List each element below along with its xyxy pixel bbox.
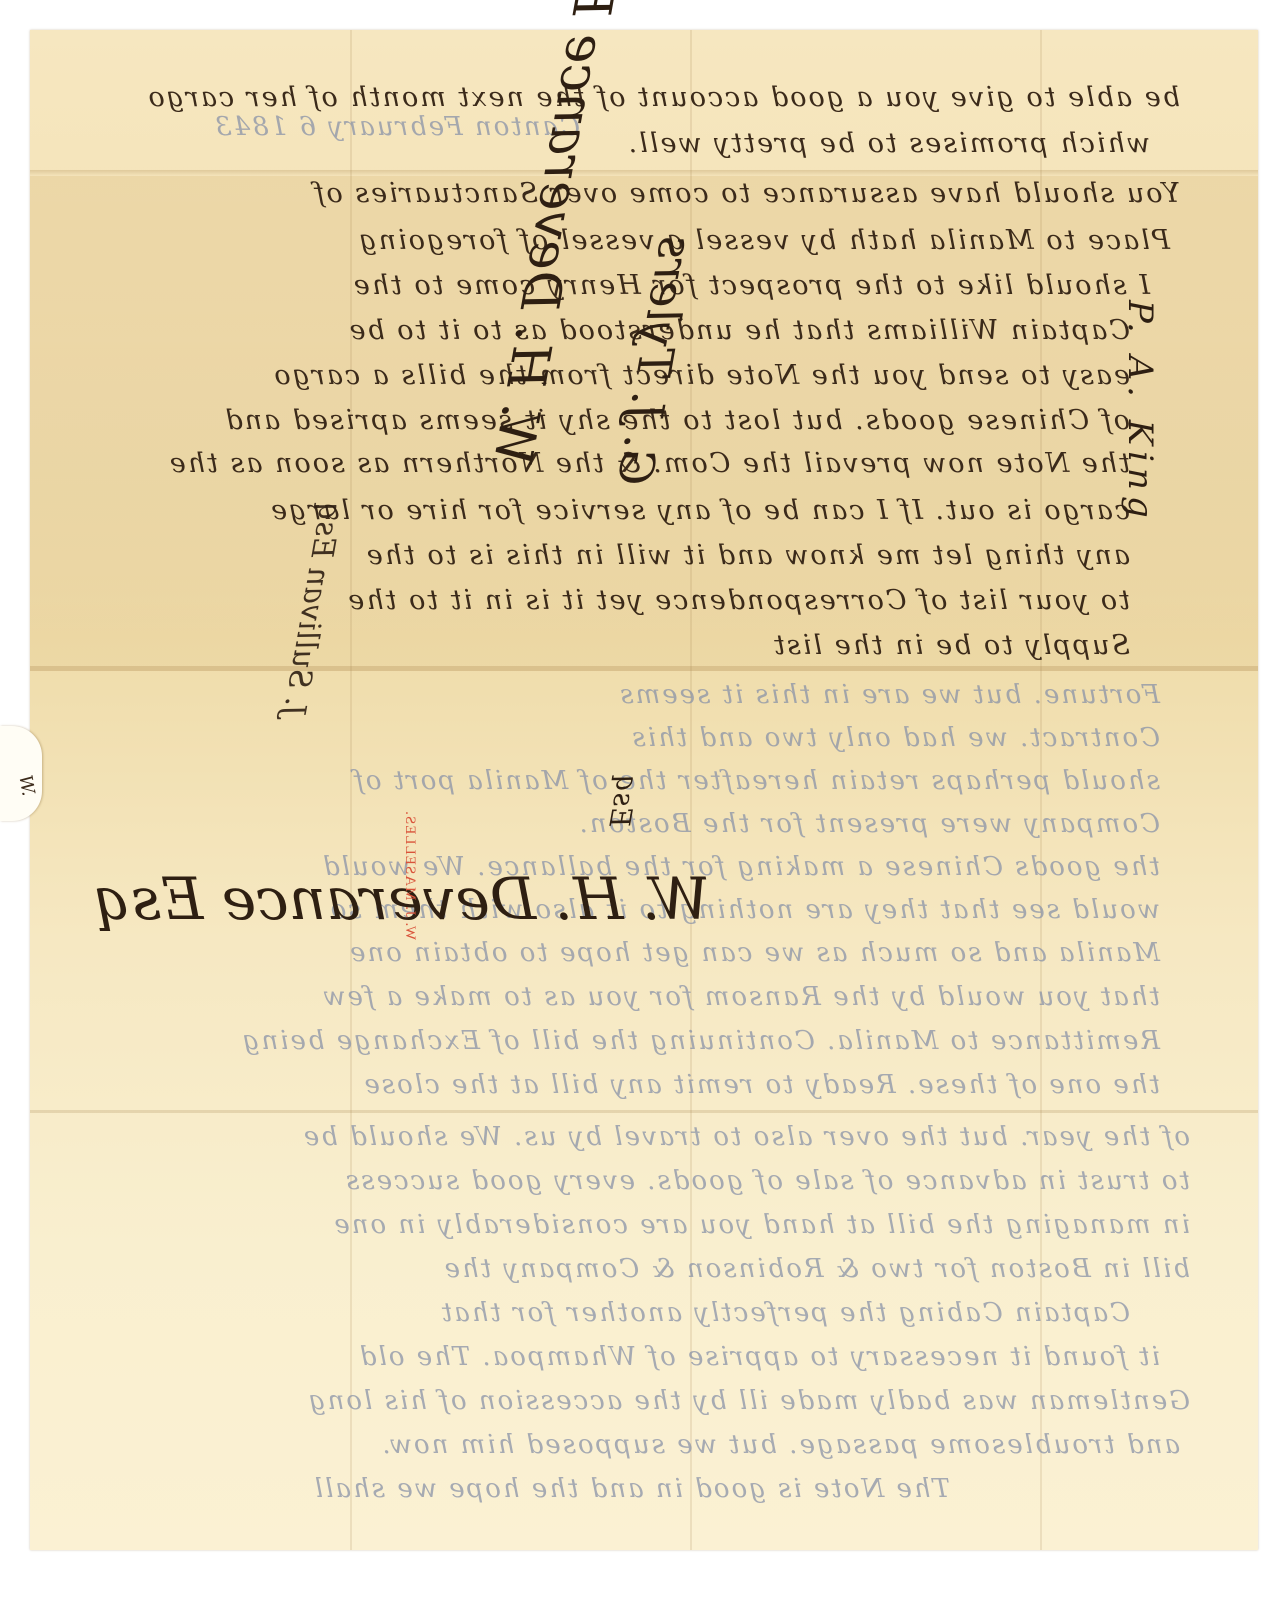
- side-note: P. A. King: [1120, 300, 1160, 524]
- fold-crease-middle: [30, 666, 1258, 671]
- address-line-3: J. Sullivan Esq: [276, 500, 348, 720]
- text-line: cargo is out. If I can be of any service…: [590, 495, 1130, 526]
- text-line: Place to Manila hath by vessel a vessel …: [90, 225, 1170, 256]
- fold-crease-lower: [30, 1110, 1258, 1113]
- text-line: of Chinese goods. but lost to the shy it…: [70, 405, 1130, 436]
- bleed-line: that you would by the Ransom for you as …: [490, 982, 1160, 1012]
- bleed-line: Captain Cabing the perfectly another for…: [150, 1298, 1130, 1328]
- text-line: be able to give you a good account of th…: [70, 82, 1180, 113]
- bleed-line: bill in Boston for two & Robinson & Comp…: [90, 1254, 1190, 1284]
- text-line: easy to send you the Note direct from th…: [70, 360, 1130, 391]
- text-line: which promises to be pretty well.: [590, 128, 1150, 159]
- bleed-line: and troublesome passage. but we supposed…: [180, 1430, 1180, 1460]
- bleed-line: should perhaps retain hereafter the of M…: [690, 766, 1160, 796]
- bleed-line: it found it necessary to apprise of Wham…: [60, 1342, 1160, 1372]
- bleed-line: Manila and so much as we can get hope to…: [630, 938, 1160, 968]
- text-line: any thing let me know and it will in thi…: [590, 540, 1130, 571]
- text-line: I should like to the prospect for Henry …: [70, 270, 1150, 301]
- text-line: Captain Williams that he understood as t…: [90, 315, 1130, 346]
- seal-note: W.: [14, 773, 38, 797]
- text-line: You should have assurance to come over S…: [70, 178, 1180, 209]
- bleed-line: the goods Chinese a making for the balla…: [670, 852, 1160, 882]
- text-line: to your list of Correspondence yet it is…: [590, 585, 1130, 616]
- letter-sheet: be able to give you a good account of th…: [30, 30, 1258, 1550]
- text-line: the Note now prevail the Com. & the Nort…: [70, 448, 1130, 479]
- bleed-date: Canton February 6 1843: [100, 112, 580, 142]
- bleed-line: to trust in advance of sale of goods. ev…: [60, 1166, 1190, 1196]
- bleed-line: Fortune. but we are in this it seems: [690, 680, 1160, 710]
- bleed-line: Gentleman was badly made ill by the acce…: [60, 1386, 1190, 1416]
- fold-crease-top: [30, 170, 1258, 176]
- bleed-line: The Note is good in and the hope we shal…: [50, 1474, 950, 1504]
- bleed-line: Company were present for the Boston.: [690, 809, 1160, 839]
- bleed-line: in managing the bill at hand you are con…: [60, 1210, 1190, 1240]
- text-line: Supply to be in the list: [770, 630, 1130, 661]
- bleed-line: the one of these. Ready to remit any bil…: [490, 1070, 1160, 1100]
- wax-seal-tear: [0, 726, 42, 821]
- postal-stamp: W. J. MASELLES.: [401, 810, 418, 940]
- bleed-line: of the year. but the over also to travel…: [60, 1122, 1190, 1152]
- bleed-line: Remittance to Manila. Continuing the bil…: [490, 1026, 1160, 1056]
- bleed-line: Contract. we had only two and this: [690, 723, 1160, 753]
